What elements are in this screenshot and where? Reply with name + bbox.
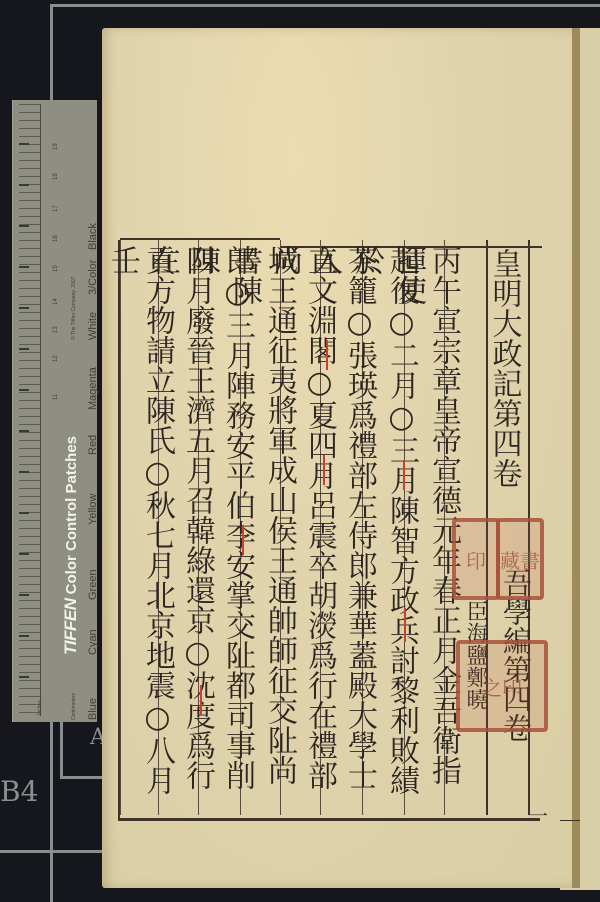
red-annotation-mark	[242, 525, 244, 555]
swatch-yellow: Yellow	[87, 494, 99, 525]
archive-grid-line	[0, 850, 110, 853]
grid-label-b4: B4	[0, 775, 38, 808]
ruler-brand: TIFFEN Color Control Patches	[61, 436, 81, 655]
ruler-tick-label: 15	[53, 265, 59, 272]
ruler-edge-line	[40, 104, 41, 716]
fold-mark	[560, 820, 580, 821]
collector-seal-left: 印	[452, 518, 500, 600]
volume-title: 皇明大政記第四卷	[484, 248, 524, 488]
tiffen-logo: TIFFEN	[61, 599, 80, 656]
ruler-unit-label: Centimeters	[71, 693, 77, 720]
color-control-ruler: TIFFEN Color Control Patches Blue Cyan G…	[12, 100, 97, 722]
ruler-tick-label: 16	[53, 235, 59, 242]
swatch-white: White	[87, 312, 99, 340]
ruler-tick-label: 14	[53, 298, 59, 305]
frame-top-left	[120, 238, 280, 240]
volume-title-text: 皇明大政記第四卷	[487, 248, 522, 488]
collector-seal-right: 藏書	[496, 518, 544, 600]
ruler-major-ticks	[19, 104, 29, 716]
swatch-green: Green	[87, 569, 99, 600]
ruler-tick-label: 12	[53, 355, 59, 362]
ruler-inch-label: Inches	[37, 700, 43, 715]
ruler-tick-label: 19	[53, 143, 59, 150]
red-annotation-mark	[200, 685, 202, 715]
page-number: 一	[528, 800, 548, 829]
ruler-tick-label: 17	[53, 205, 59, 212]
red-annotation-mark	[404, 608, 406, 642]
swatch-blue: Blue	[87, 698, 99, 720]
red-annotation-mark	[403, 460, 405, 490]
book-fold	[572, 28, 580, 888]
swatch-cyan: Cyan	[87, 629, 99, 655]
red-annotation-mark	[326, 340, 328, 370]
collector-seal-lower: 之印	[456, 640, 548, 732]
text-column-1: 丙午宣宗章皇帝宣德元年春正月金吾衛指揮使	[406, 245, 446, 813]
swatch-black: Black	[87, 223, 99, 250]
column-text: 丙午宣宗章皇帝宣德元年春正月金吾衛指揮使	[391, 245, 461, 813]
ruler-tick-label: 18	[53, 173, 59, 180]
swatch-red: Red	[87, 435, 99, 455]
ruler-title: Color Control Patches	[63, 436, 80, 594]
ruler-tick-label: 13	[53, 326, 59, 333]
ruler-copyright: © The Tiffen Company, 2007	[71, 277, 77, 340]
swatch-3color: 3/Color	[87, 260, 99, 295]
ruler-tick-label: 11	[53, 394, 59, 400]
swatch-magenta: Magenta	[87, 367, 99, 410]
red-annotation-mark	[323, 455, 325, 485]
